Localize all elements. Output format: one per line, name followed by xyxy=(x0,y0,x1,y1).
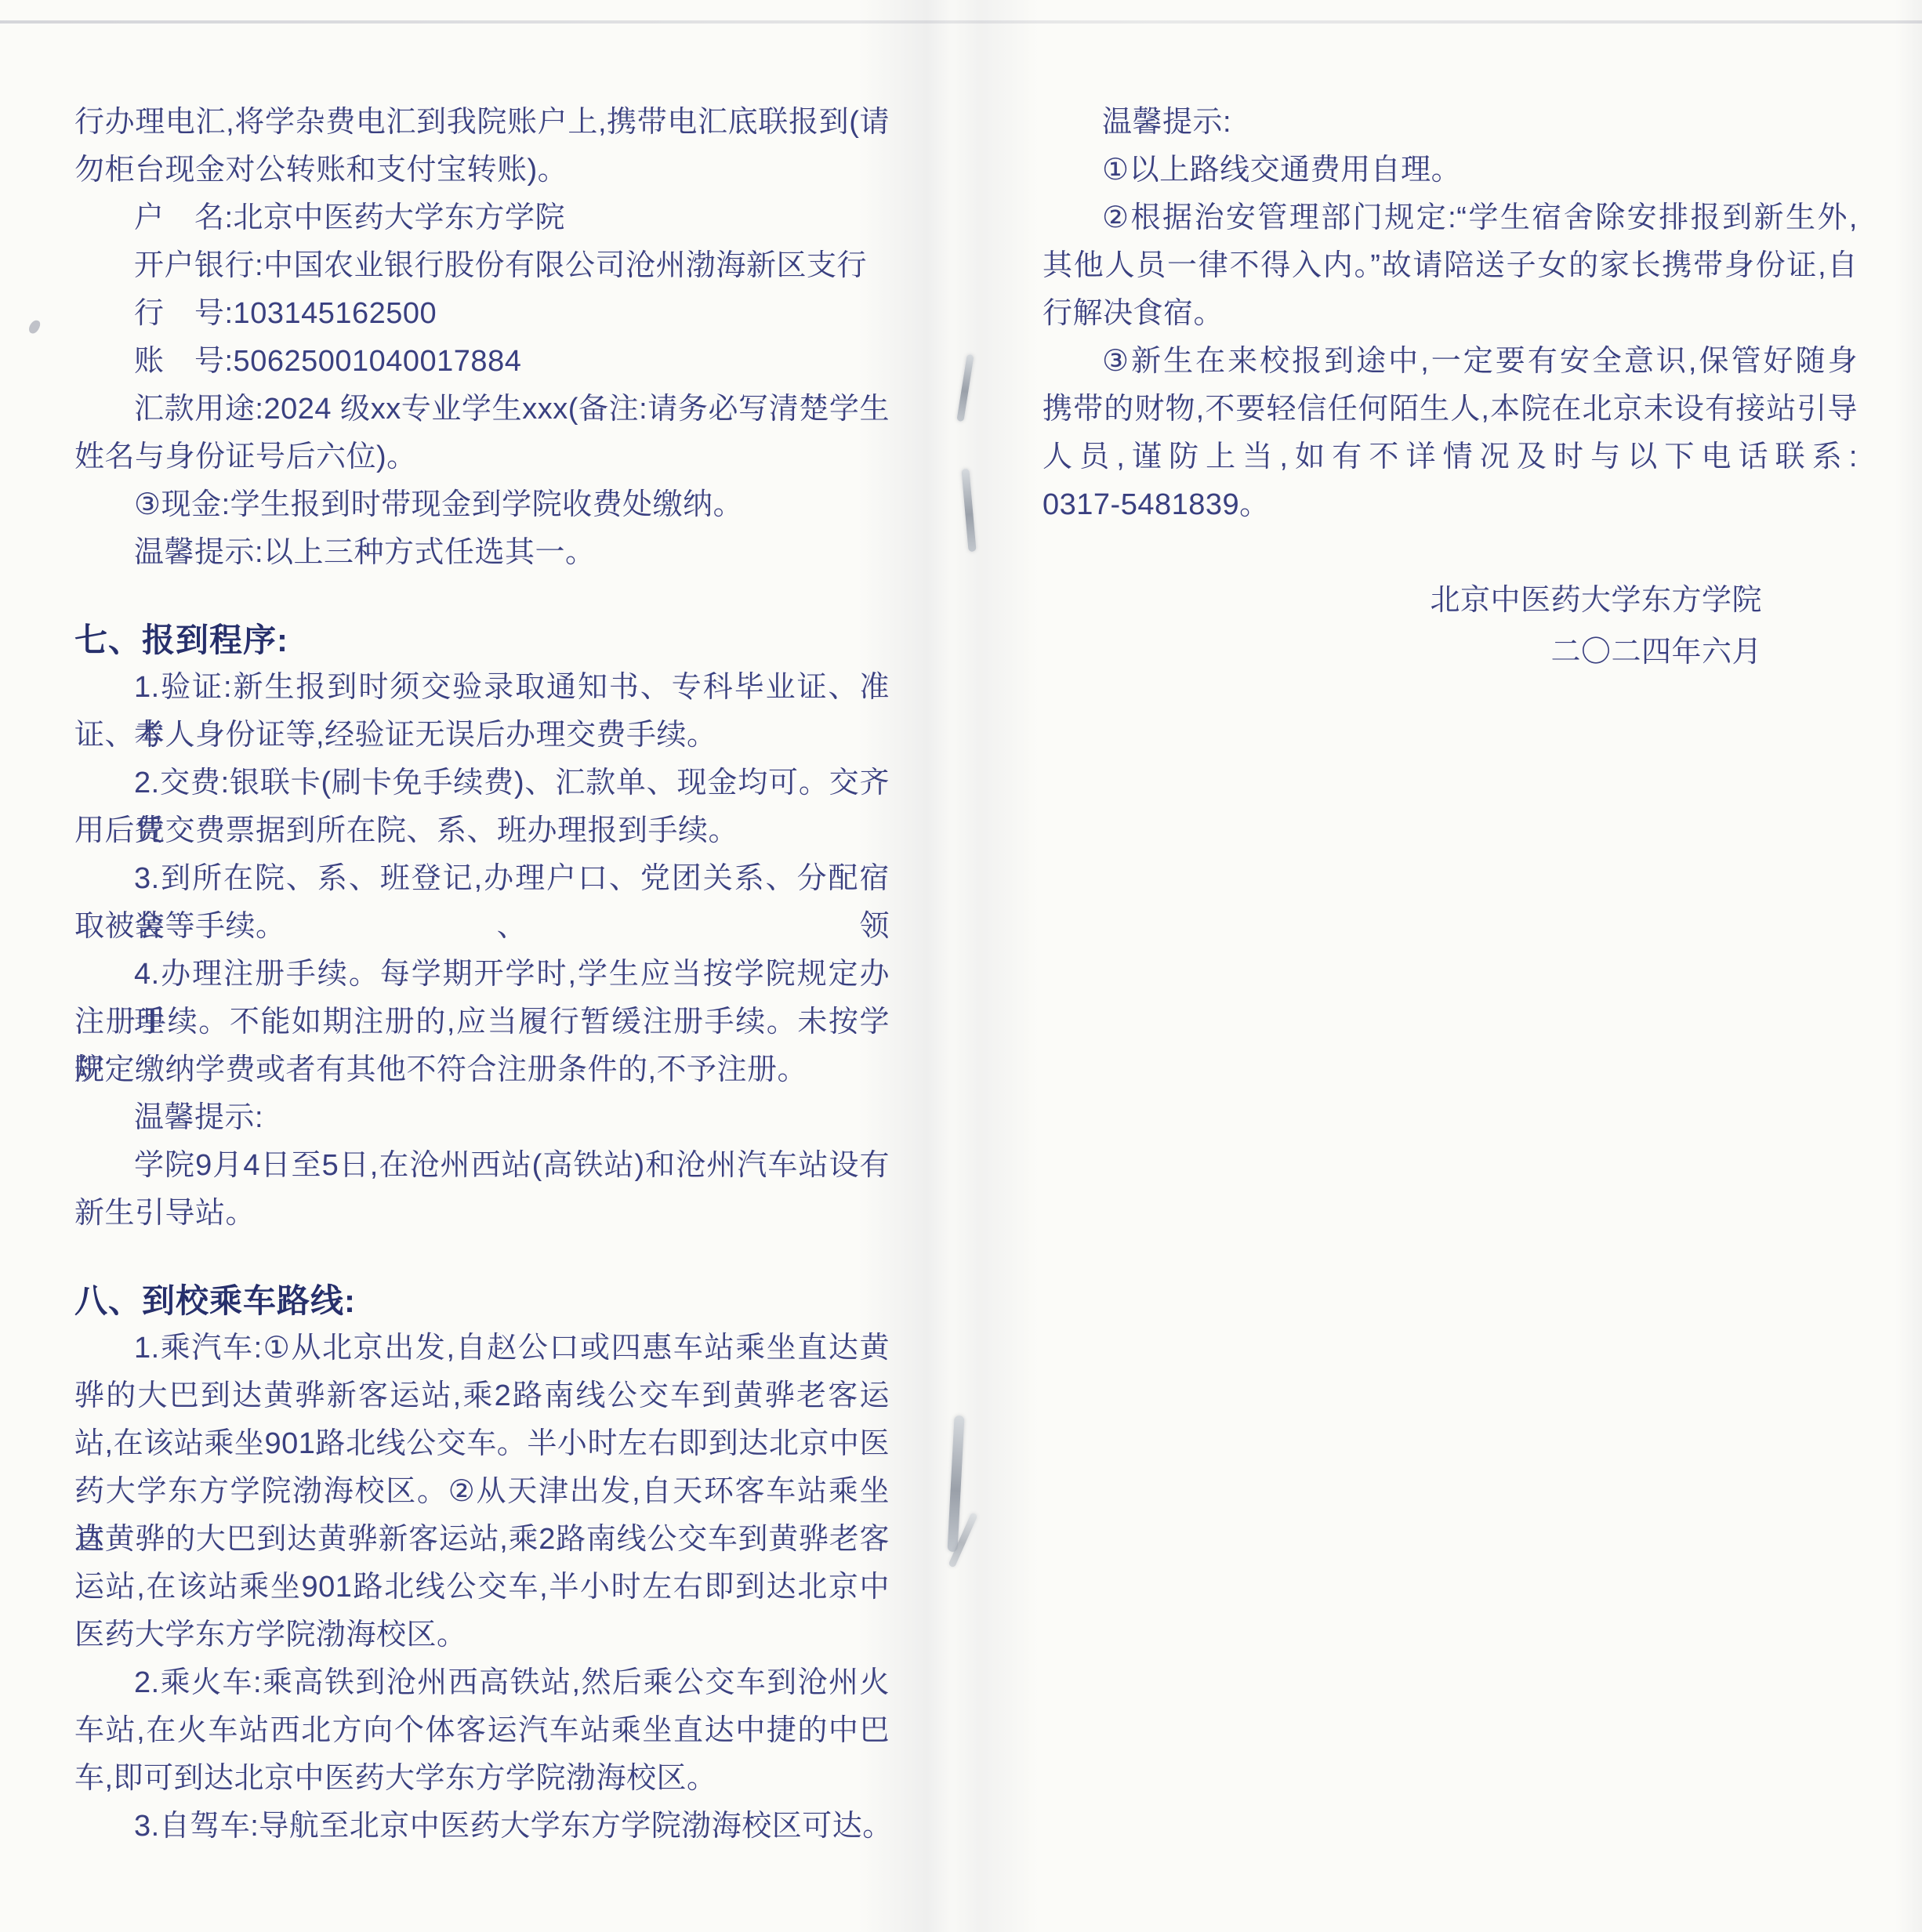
text-line: 携带的财物,不要轻信任何陌生人,本院在北京未设有接站引导 xyxy=(1043,386,1858,433)
text-line: 医药大学东方学院渤海校区。 xyxy=(74,1611,890,1659)
text-line: 汇款用途:2024 级xx专业学生xxx(备注:请务必写清楚学生 xyxy=(74,386,890,433)
text-line: 3.自驾车:导航至北京中医药大学东方学院渤海校区可达。 xyxy=(74,1803,890,1850)
scanned-page: 行办理电汇,将学杂费电汇到我院账户上,携带电汇底联报到(请勿柜台现金对公转账和支… xyxy=(0,0,1922,1932)
text-line: ③现金:学生报到时带现金到学院收费处缴纳。 xyxy=(74,481,890,529)
left-column: 行办理电汇,将学杂费电汇到我院账户上,携带电汇底联报到(请勿柜台现金对公转账和支… xyxy=(74,99,890,1850)
text-line: 1.乘汽车:①从北京出发,自赵公口或四惠车站乘坐直达黄 xyxy=(74,1325,890,1372)
paragraph: 户 名:北京中医药大学东方学院 xyxy=(74,194,890,242)
paragraph: 2.乘火车:乘高铁到沧州西高铁站,然后乘公交车到沧州火车站,在火车站西北方向个体… xyxy=(74,1659,890,1803)
section-heading: 八、到校乘车路线: xyxy=(74,1277,890,1325)
text-line: 注册手续。不能如期注册的,应当履行暂缓注册手续。未按学院 xyxy=(74,999,890,1046)
paragraph: 1.验证:新生报到时须交验录取通知书、专科毕业证、准考证、本人身份证等,经验证无… xyxy=(74,664,890,759)
text-line: 0317-5481839。 xyxy=(1043,481,1858,529)
paragraph: 账 号:50625001040017884 xyxy=(74,338,890,386)
text-line: 4.办理注册手续。每学期开学时,学生应当按学院规定办理 xyxy=(74,951,890,999)
text-line: 2.乘火车:乘高铁到沧州西高铁站,然后乘公交车到沧州火 xyxy=(74,1659,890,1707)
paragraph: 1.乘汽车:①从北京出发,自赵公口或四惠车站乘坐直达黄骅的大巴到达黄骅新客运站,… xyxy=(74,1325,890,1659)
scan-speck xyxy=(27,318,42,335)
signature-block: 北京中医药大学东方学院 二〇二四年六月 xyxy=(1043,575,1858,678)
right-column-text: 温馨提示:①以上路线交通费用自理。②根据治安管理部门规定:“学生宿舍除安排报到新… xyxy=(1043,99,1858,529)
paragraph: 行 号:103145162500 xyxy=(74,290,890,338)
text-line: 温馨提示: xyxy=(1043,99,1858,147)
text-line: 开户银行:中国农业银行股份有限公司沧州渤海新区支行 xyxy=(74,242,890,290)
paragraph: 温馨提示: xyxy=(74,1094,890,1142)
paragraph: 汇款用途:2024 级xx专业学生xxx(备注:请务必写清楚学生姓名与身份证号后… xyxy=(74,386,890,481)
text-line: 行解决食宿。 xyxy=(1043,290,1858,338)
paragraph: 3.自驾车:导航至北京中医药大学东方学院渤海校区可达。 xyxy=(74,1803,890,1850)
text-line: 姓名与身份证号后六位)。 xyxy=(74,433,890,481)
text-line: 车站,在火车站西北方向个体客运汽车站乘坐直达中捷的中巴 xyxy=(74,1707,890,1755)
paragraph: ③现金:学生报到时带现金到学院收费处缴纳。 xyxy=(74,481,890,529)
text-line: 勿柜台现金对公转账和支付宝转账)。 xyxy=(74,147,890,194)
text-line: 车,即可到达北京中医药大学东方学院渤海校区。 xyxy=(74,1755,890,1803)
text-line: 证、本人身份证等,经验证无误后办理交费手续。 xyxy=(74,712,890,759)
text-line: 行 号:103145162500 xyxy=(74,290,890,338)
text-line: 骅的大巴到达黄骅新客运站,乘2路南线公交车到黄骅老客运 xyxy=(74,1372,890,1420)
text-line: 2.交费:银联卡(刷卡免手续费)、汇款单、现金均可。交齐费 xyxy=(74,759,890,807)
text-line: 用后凭交费票据到所在院、系、班办理报到手续。 xyxy=(74,807,890,855)
text-line: 户 名:北京中医药大学东方学院 xyxy=(74,194,890,242)
text-line: ②根据治安管理部门规定:“学生宿舍除安排报到新生外, xyxy=(1043,194,1858,242)
text-line: ①以上路线交通费用自理。 xyxy=(1043,147,1858,194)
section: 七、报到程序: xyxy=(74,616,890,664)
text-line: 达黄骅的大巴到达黄骅新客运站,乘2路南线公交车到黄骅老客 xyxy=(74,1516,890,1564)
text-line: 学院9月4日至5日,在沧州西站(高铁站)和沧州汽车站设有 xyxy=(74,1142,890,1190)
text-line: 规定缴纳学费或者有其他不符合注册条件的,不予注册。 xyxy=(74,1046,890,1094)
paragraph: 开户银行:中国农业银行股份有限公司沧州渤海新区支行 xyxy=(74,242,890,290)
signature-date: 二〇二四年六月 xyxy=(1043,626,1762,678)
text-line: 站,在该站乘坐901路北线公交车。半小时左右即到达北京中医 xyxy=(74,1420,890,1468)
paragraph: ①以上路线交通费用自理。 xyxy=(1043,147,1858,194)
page-edge-shadow xyxy=(1895,0,1922,1932)
paragraph: ③新生在来校报到途中,一定要有安全意识,保管好随身携带的财物,不要轻信任何陌生人… xyxy=(1043,338,1858,529)
paragraph: ②根据治安管理部门规定:“学生宿舍除安排报到新生外,其他人员一律不得入内。”故请… xyxy=(1043,194,1858,338)
text-line: 人员,谨防上当,如有不详情况及时与以下电话联系: xyxy=(1043,433,1858,481)
text-line: 温馨提示: xyxy=(74,1094,890,1142)
paragraph: 3.到所在院、系、班登记,办理户口、党团关系、分配宿舍、领取被装等手续。 xyxy=(74,855,890,951)
text-line: 行办理电汇,将学杂费电汇到我院账户上,携带电汇底联报到(请 xyxy=(74,99,890,147)
text-line: 1.验证:新生报到时须交验录取通知书、专科毕业证、准考 xyxy=(74,664,890,712)
text-line: 药大学东方学院渤海校区。②从天津出发,自天环客车站乘坐直 xyxy=(74,1468,890,1516)
text-line: 账 号:50625001040017884 xyxy=(74,338,890,386)
paragraph: 2.交费:银联卡(刷卡免手续费)、汇款单、现金均可。交齐费用后凭交费票据到所在院… xyxy=(74,759,890,855)
text-line: 新生引导站。 xyxy=(74,1190,890,1238)
text-line: 温馨提示:以上三种方式任选其一。 xyxy=(74,529,890,577)
paragraph: 行办理电汇,将学杂费电汇到我院账户上,携带电汇底联报到(请勿柜台现金对公转账和支… xyxy=(74,99,890,194)
paragraph: 学院9月4日至5日,在沧州西站(高铁站)和沧州汽车站设有新生引导站。 xyxy=(74,1142,890,1238)
section: 八、到校乘车路线: xyxy=(74,1277,890,1325)
text-line: 3.到所在院、系、班登记,办理户口、党团关系、分配宿舍、领 xyxy=(74,855,890,903)
right-column: 温馨提示:①以上路线交通费用自理。②根据治安管理部门规定:“学生宿舍除安排报到新… xyxy=(1043,99,1858,678)
text-line: 其他人员一律不得入内。”故请陪送子女的家长携带身份证,自 xyxy=(1043,242,1858,290)
text-line: 运站,在该站乘坐901路北线公交车,半小时左右即到达北京中 xyxy=(74,1564,890,1611)
paragraph: 温馨提示:以上三种方式任选其一。 xyxy=(74,529,890,577)
signature-org: 北京中医药大学东方学院 xyxy=(1043,575,1762,626)
section-heading: 七、报到程序: xyxy=(74,616,890,664)
paragraph: 温馨提示: xyxy=(1043,99,1858,147)
paragraph: 4.办理注册手续。每学期开学时,学生应当按学院规定办理注册手续。不能如期注册的,… xyxy=(74,951,890,1094)
text-line: ③新生在来校报到途中,一定要有安全意识,保管好随身 xyxy=(1043,338,1858,386)
